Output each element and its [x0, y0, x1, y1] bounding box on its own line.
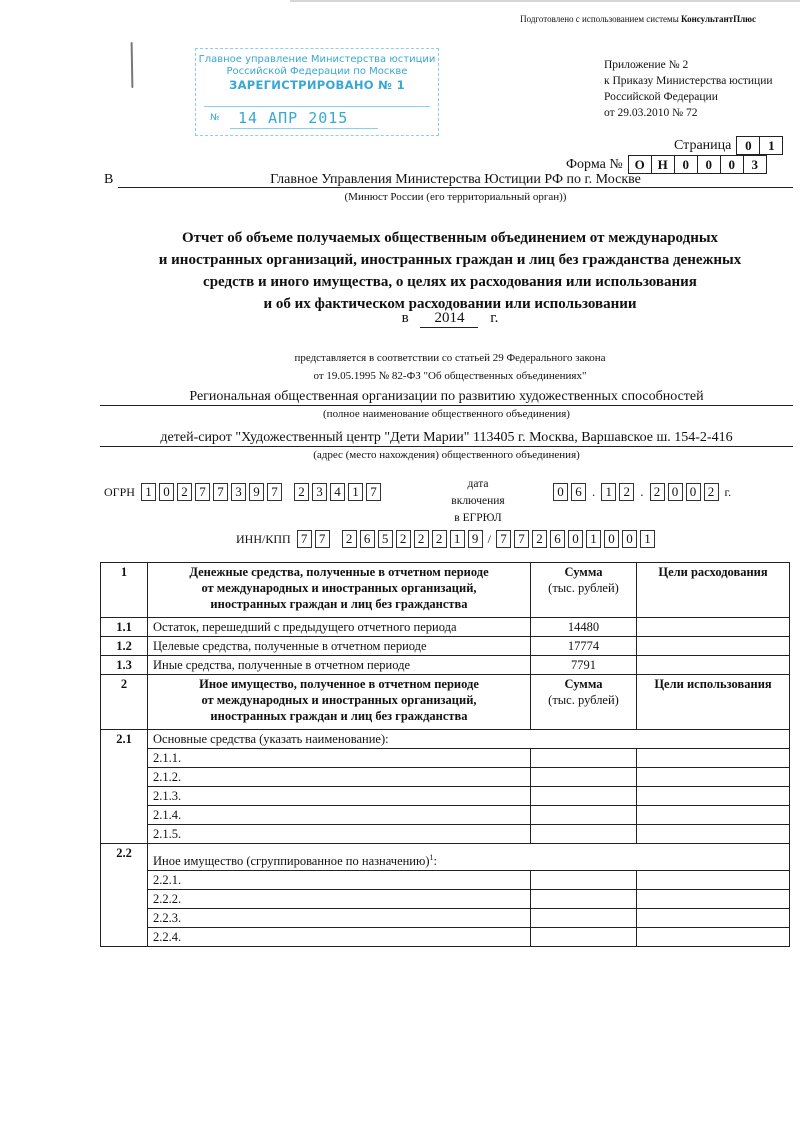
- stamp-line-3: ЗАРЕГИСТРИРОВАНО № 1: [196, 78, 438, 93]
- appendix-reference: Приложение № 2 к Приказу Министерства юс…: [604, 57, 773, 121]
- inn-digit: 2: [342, 530, 357, 548]
- table-row: 1.2 Целевые средства, полученные в отчет…: [101, 637, 790, 656]
- row-number: 1.2: [101, 637, 148, 656]
- recipient-underline: [118, 187, 793, 188]
- item-goal: [637, 787, 790, 806]
- goal-column-header: Цели расходования: [637, 563, 790, 618]
- table-row: 1.3 Иные средства, полученные в отчетном…: [101, 656, 790, 675]
- egrul-day-digit: 0: [553, 483, 568, 501]
- egrul-year-digit: 0: [686, 483, 701, 501]
- ogrn-digit: 7: [267, 483, 282, 501]
- row-label: Остаток, перешедший с предыдущего отчетн…: [148, 618, 531, 637]
- row-number: 2.2: [101, 844, 148, 947]
- egrul-month-digit: 2: [619, 483, 634, 501]
- stamp-divider: [204, 106, 430, 107]
- table-row: 2.1.1.: [101, 749, 790, 768]
- item-goal: [637, 806, 790, 825]
- section-2-header: 2 Иное имущество, полученное в отчетном …: [101, 675, 790, 730]
- subsection-2-1-header: 2.1 Основные средства (указать наименова…: [101, 730, 790, 749]
- item-number: 2.2.4.: [148, 928, 531, 947]
- item-goal: [637, 871, 790, 890]
- item-goal: [637, 825, 790, 844]
- ogrn-digit: 4: [330, 483, 345, 501]
- report-year: 2014: [420, 310, 478, 328]
- table-row: 2.2.1.: [101, 871, 790, 890]
- row-label: Целевые средства, полученные в отчетном …: [148, 637, 531, 656]
- item-number: 2.1.1.: [148, 749, 531, 768]
- section-2-title: Иное имущество, полученное в отчетном пе…: [148, 675, 531, 730]
- egrul-year-digit: 2: [650, 483, 665, 501]
- inn-digit: 7: [315, 530, 330, 548]
- item-sum: [531, 806, 637, 825]
- item-goal: [637, 928, 790, 947]
- organization-name: Региональная общественная организации по…: [100, 389, 793, 405]
- row-goal: [637, 656, 790, 675]
- section-1-title: Денежные средства, полученные в отчетном…: [148, 563, 531, 618]
- inn-digit: 1: [450, 530, 465, 548]
- section-1-header: 1 Денежные средства, полученные в отчетн…: [101, 563, 790, 618]
- kpp-digit: 7: [514, 530, 529, 548]
- sum-unit: (тыс. рублей): [548, 693, 619, 707]
- scan-edge: [290, 0, 800, 2]
- item-sum: [531, 768, 637, 787]
- egrul-month-digit: 1: [601, 483, 616, 501]
- egrul-date-field: 0 6 . 1 2 . 2 0 0 2 г.: [553, 483, 731, 501]
- inn-digit: 2: [396, 530, 411, 548]
- ogrn-digit: 7: [366, 483, 381, 501]
- recipient-value: Главное Управления Министерства Юстиции …: [118, 172, 793, 188]
- ogrn-digit: 7: [195, 483, 210, 501]
- item-sum: [531, 825, 637, 844]
- appendix-line: Российской Федерации: [604, 89, 773, 105]
- sum-unit: (тыс. рублей): [548, 581, 619, 595]
- section-title-line: от международных и иностранных организац…: [153, 692, 525, 708]
- inn-digit: 2: [414, 530, 429, 548]
- egrul-year-digit: 0: [668, 483, 683, 501]
- title-line: средств и иного имущества, о целях их ра…: [100, 271, 800, 293]
- inn-digit: 2: [432, 530, 447, 548]
- egrul-label-line-1: дата включения: [443, 476, 513, 510]
- table-row: 1.1 Остаток, перешедший с предыдущего от…: [101, 618, 790, 637]
- kpp-digit: 6: [550, 530, 565, 548]
- row-sum: 14480: [531, 618, 637, 637]
- item-number: 2.1.2.: [148, 768, 531, 787]
- kpp-digit: 0: [622, 530, 637, 548]
- ogrn-label: ОГРН: [104, 485, 135, 500]
- stamp-line-2: Российской Федерации по Москве: [196, 66, 438, 78]
- section-title-line: Денежные средства, полученные в отчетном…: [153, 564, 525, 580]
- ogrn-field: ОГРН 1 0 2 7 7 3 9 7 2 3 4 1 7: [104, 483, 384, 501]
- egrul-label: дата включения в ЕГРЮЛ: [443, 476, 513, 527]
- item-number: 2.2.2.: [148, 890, 531, 909]
- kpp-digit: 7: [496, 530, 511, 548]
- title-line: и иностранных организаций, иностранных г…: [100, 249, 800, 271]
- law-reference: представляется в соответствии со статьей…: [100, 349, 800, 385]
- goal-column-header: Цели использования: [637, 675, 790, 730]
- subsection-label: Иное имущество (сгруппированное по назна…: [148, 844, 790, 871]
- egrul-day-digit: 6: [571, 483, 586, 501]
- row-number: 1.3: [101, 656, 148, 675]
- stamp-date-underline: [230, 128, 378, 129]
- page-number-row: Страница 0 1: [674, 136, 783, 155]
- consultant-note: Подготовлено с использованием системы Ко…: [0, 14, 756, 24]
- item-goal: [637, 749, 790, 768]
- item-sum: [531, 787, 637, 806]
- ogrn-digit: 7: [213, 483, 228, 501]
- section-number: 2: [101, 675, 148, 730]
- ogrn-digit: 1: [348, 483, 363, 501]
- date-separator: .: [640, 484, 643, 500]
- row-sum: 17774: [531, 637, 637, 656]
- item-number: 2.1.5.: [148, 825, 531, 844]
- row-number: 1.1: [101, 618, 148, 637]
- stamp-line-1: Главное управление Министерства юстиции: [196, 54, 438, 66]
- organization-name-underline: [100, 405, 793, 406]
- page-number-label: Страница: [674, 138, 731, 154]
- kpp-digit: 1: [586, 530, 601, 548]
- section-title-line: от международных и иностранных организац…: [153, 580, 525, 596]
- row-number: 2.1: [101, 730, 148, 844]
- inn-digit: 5: [378, 530, 393, 548]
- recipient-prefix: В: [104, 172, 113, 188]
- kpp-digit: 1: [640, 530, 655, 548]
- item-number: 2.2.1.: [148, 871, 531, 890]
- sum-label: Сумма: [536, 564, 631, 580]
- kpp-digit: 0: [604, 530, 619, 548]
- table-row: 2.2.3.: [101, 909, 790, 928]
- page-digit: 1: [759, 136, 783, 155]
- item-sum: [531, 749, 637, 768]
- appendix-line: Приложение № 2: [604, 57, 773, 73]
- sum-column-header: Сумма (тыс. рублей): [531, 675, 637, 730]
- stamp-date: 14 АПР 2015: [238, 109, 348, 127]
- recipient-caption: (Минюст России (его территориальный орга…: [118, 191, 793, 203]
- organization-address-underline: [100, 446, 793, 447]
- law-line-2: от 19.05.1995 № 82-ФЗ "Об общественных о…: [100, 367, 800, 385]
- row-goal: [637, 637, 790, 656]
- subsection-label: Основные средства (указать наименование)…: [148, 730, 790, 749]
- table-row: 2.1.5.: [101, 825, 790, 844]
- appendix-line: к Приказу Министерства юстиции: [604, 73, 773, 89]
- organization-address-caption: (адрес (место нахождения) общественного …: [100, 449, 793, 461]
- item-goal: [637, 890, 790, 909]
- table-row: 2.1.4.: [101, 806, 790, 825]
- year-suffix: г.: [490, 310, 498, 326]
- inn-digit: 9: [468, 530, 483, 548]
- inn-digit: 7: [297, 530, 312, 548]
- ogrn-digit: 2: [177, 483, 192, 501]
- law-line-1: представляется в соответствии со статьей…: [100, 349, 800, 367]
- report-table: 1 Денежные средства, полученные в отчетн…: [100, 562, 790, 947]
- item-goal: [637, 768, 790, 787]
- report-title: Отчет об объеме получаемых общественным …: [100, 227, 800, 315]
- item-goal: [637, 909, 790, 928]
- subsection-label-text: Иное имущество (сгруппированное по назна…: [153, 854, 430, 868]
- registration-stamp: Главное управление Министерства юстиции …: [195, 48, 439, 136]
- ogrn-digit: 0: [159, 483, 174, 501]
- table-row: 2.1.2.: [101, 768, 790, 787]
- section-title-line: иностранных граждан и лиц без гражданств…: [153, 708, 525, 724]
- ogrn-digit: 9: [249, 483, 264, 501]
- ogrn-digit: 1: [141, 483, 156, 501]
- title-line: Отчет об объеме получаемых общественным …: [100, 227, 800, 249]
- inn-kpp-separator: /: [488, 532, 491, 547]
- egrul-year-digit: 2: [704, 483, 719, 501]
- sum-label: Сумма: [536, 676, 631, 692]
- ogrn-digit: 3: [231, 483, 246, 501]
- sum-column-header: Сумма (тыс. рублей): [531, 563, 637, 618]
- item-number: 2.1.4.: [148, 806, 531, 825]
- inn-kpp-label: ИНН/КПП: [236, 532, 291, 547]
- kpp-digit: 2: [532, 530, 547, 548]
- year-prefix: в: [402, 310, 409, 326]
- inn-kpp-field: ИНН/КПП 7 7 2 6 5 2 2 2 1 9 / 7 7 2 6 0 …: [236, 530, 658, 548]
- consultant-prefix: Подготовлено с использованием системы: [520, 14, 679, 24]
- table-row: 2.2.4.: [101, 928, 790, 947]
- stamp-number-label: №: [210, 113, 219, 123]
- appendix-line: от 29.03.2010 № 72: [604, 105, 773, 121]
- section-number: 1: [101, 563, 148, 618]
- item-number: 2.1.3.: [148, 787, 531, 806]
- page-digit: 0: [736, 136, 760, 155]
- report-year-row: в 2014 г.: [100, 310, 800, 328]
- section-title-line: иностранных граждан и лиц без гражданств…: [153, 596, 525, 612]
- row-label: Иные средства, полученные в отчетном пер…: [148, 656, 531, 675]
- item-number: 2.2.3.: [148, 909, 531, 928]
- item-sum: [531, 928, 637, 947]
- pen-mark: [131, 42, 134, 88]
- form-number-label: Форма №: [566, 157, 623, 173]
- organization-address: детей-сирот "Художественный центр "Дети …: [100, 430, 793, 446]
- item-sum: [531, 890, 637, 909]
- ogrn-digit: 2: [294, 483, 309, 501]
- subsection-label-suffix: :: [434, 854, 437, 868]
- date-separator: .: [592, 484, 595, 500]
- organization-name-caption: (полное наименование общественного объед…: [100, 408, 793, 420]
- section-title-line: Иное имущество, полученное в отчетном пе…: [153, 676, 525, 692]
- table-row: 2.2.2.: [101, 890, 790, 909]
- inn-digit: 6: [360, 530, 375, 548]
- row-sum: 7791: [531, 656, 637, 675]
- egrul-year-suffix: г.: [725, 485, 732, 500]
- item-sum: [531, 909, 637, 928]
- table-row: 2.1.3.: [101, 787, 790, 806]
- item-sum: [531, 871, 637, 890]
- egrul-label-line-2: в ЕГРЮЛ: [443, 510, 513, 527]
- consultant-brand: КонсультантПлюс: [681, 14, 756, 24]
- subsection-2-2-header: 2.2 Иное имущество (сгруппированное по н…: [101, 844, 790, 871]
- row-goal: [637, 618, 790, 637]
- ogrn-digit: 3: [312, 483, 327, 501]
- kpp-digit: 0: [568, 530, 583, 548]
